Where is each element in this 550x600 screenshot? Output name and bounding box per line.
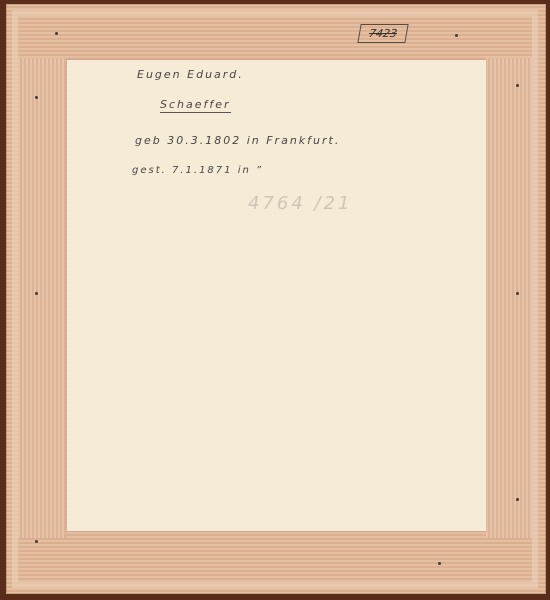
nail-mark (516, 292, 519, 295)
nail-mark (516, 498, 519, 501)
nail-mark (35, 96, 38, 99)
nail-mark (35, 540, 38, 543)
inscription-paper (67, 60, 486, 531)
picture-frame: 7423 Eugen Eduard. Schaeffer geb 30.3.18… (0, 0, 550, 600)
inscription-birth: geb 30.3.1802 in Frankfurt. (135, 134, 340, 147)
nail-mark (455, 34, 458, 37)
nail-mark (438, 562, 441, 565)
nail-mark (55, 32, 58, 35)
pencil-catalog-number: 4764 /21 (248, 193, 353, 214)
inscription-death: gest. 7.1.1871 in ” (132, 165, 263, 176)
tape-strip-right (486, 58, 534, 538)
inscription-surname: Schaeffer (160, 98, 231, 113)
inscription-first-name: Eugen Eduard. (137, 68, 244, 81)
nail-mark (35, 292, 38, 295)
inventory-stamp: 7423 (357, 24, 408, 43)
tape-strip-left (18, 58, 66, 538)
nail-mark (516, 84, 519, 87)
